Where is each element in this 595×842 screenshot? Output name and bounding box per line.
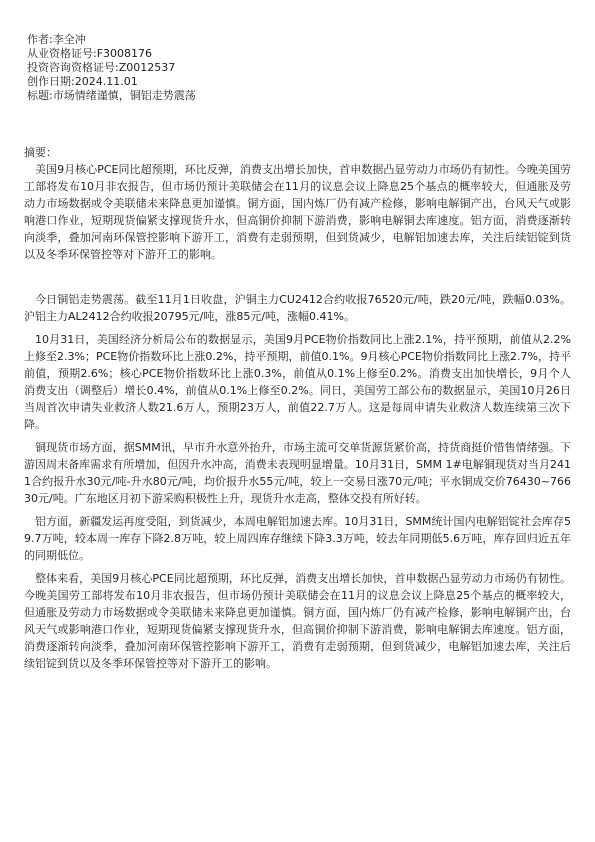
advisory-license-line: 投资咨询资格证号:Z0012537 <box>27 61 571 75</box>
body-paragraph-overall-summary: 整体来看，美国9月核心PCE同比超预期，环比反弹，消费支出增长加快，首申数据凸显… <box>24 570 571 672</box>
creation-date-line: 创作日期:2024.11.01 <box>27 75 571 89</box>
abstract-label: 摘要： <box>24 144 571 161</box>
body-paragraph-copper-spot: 铜现货市场方面，据SMM讯，早市升水意外抬升，市场主流可交单货源货紧价高，持货商… <box>24 439 571 507</box>
body-paragraph-daily-close: 今日铜铝走势震荡。截至11月1日收盘，沪铜主力CU2412合约收报76520元/… <box>24 291 571 325</box>
body-paragraph-aluminum-inventory: 铝方面，新疆发运再度受阻，到货减少，本周电解铝加速去库。10月31日，SMM统计… <box>24 513 571 564</box>
abstract-paragraph: 美国9月核心PCE同比超预期，环比反弹，消费支出增长加快，首申数据凸显劳动力市场… <box>24 161 571 263</box>
author-line: 作者:李全冲 <box>27 33 571 47</box>
report-document-page: 作者:李全冲 从业资格证号:F3008176 投资咨询资格证号:Z0012537… <box>0 0 595 842</box>
report-header: 作者:李全冲 从业资格证号:F3008176 投资咨询资格证号:Z0012537… <box>27 33 571 103</box>
body-paragraph-us-data: 10月31日，美国经济分析局公布的数据显示，美国9月PCE物价指数同比上涨2.1… <box>24 331 571 433</box>
report-title-line: 标题:市场情绪谨慎，铜铝走势震荡 <box>27 89 571 103</box>
practice-license-line: 从业资格证号:F3008176 <box>27 47 571 61</box>
